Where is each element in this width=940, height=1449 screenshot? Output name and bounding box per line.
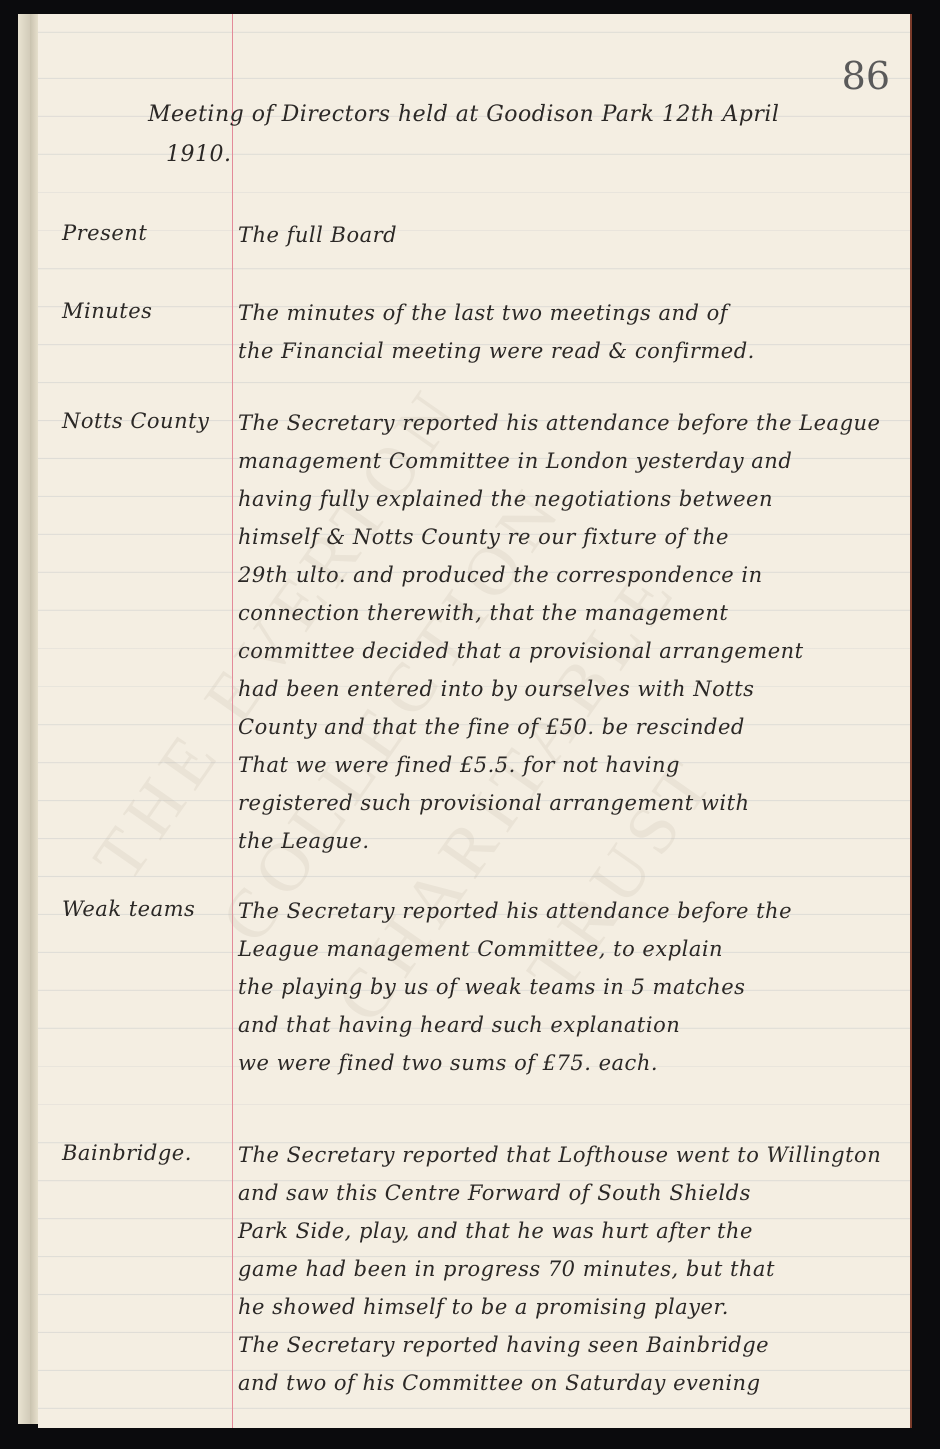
entry-line: the playing by us of weak teams in 5 mat… (238, 968, 908, 1006)
entry-line: and that having heard such explanation (238, 1006, 908, 1044)
entry-line: the Financial meeting were read & confir… (238, 332, 908, 370)
entry-line: and saw this Centre Forward of South Shi… (238, 1174, 908, 1212)
entry-line: 29th ulto. and produced the corresponden… (238, 556, 908, 594)
entry-line: himself & Notts County re our fixture of… (238, 518, 908, 556)
entry-line: registered such provisional arrangement … (238, 784, 908, 822)
entry-label-notts-county: Notts County (62, 409, 232, 433)
book-gutter-shadow (30, 14, 38, 1424)
red-margin-line (232, 14, 233, 1428)
entry-line: we were fined two sums of £75. each. (238, 1044, 908, 1082)
entry-line: management Committee in London yesterday… (238, 442, 908, 480)
entry-body-bainbridge: The Secretary reported that Lofthouse we… (238, 1136, 908, 1402)
entry-line: committee decided that a provisional arr… (238, 632, 908, 670)
entry-label-present: Present (62, 221, 232, 245)
entry-line: and two of his Committee on Saturday eve… (238, 1364, 908, 1402)
entry-label-bainbridge: Bainbridge. (62, 1141, 232, 1165)
entry-line: he showed himself to be a promising play… (238, 1288, 908, 1326)
entry-line: The Secretary reported his attendance be… (238, 404, 908, 442)
meeting-heading-line2: 1910. (166, 142, 231, 167)
entry-line: connection therewith, that the managemen… (238, 594, 908, 632)
entry-line: had been entered into by ourselves with … (238, 670, 908, 708)
entry-line: game had been in progress 70 minutes, bu… (238, 1250, 908, 1288)
entry-line: the League. (238, 822, 908, 860)
entry-line: That we were fined £5.5. for not having (238, 746, 908, 784)
meeting-heading-line1: Meeting of Directors held at Goodison Pa… (148, 102, 779, 127)
entry-line: County and that the fine of £50. be resc… (238, 708, 908, 746)
entry-line: The Secretary reported that Lofthouse we… (238, 1136, 908, 1174)
entry-body-weak-teams: The Secretary reported his attendance be… (238, 892, 908, 1082)
ledger-page: THE EVERTON COLLECTION CHARITABLE TRUST … (38, 14, 912, 1428)
entry-body-minutes: The minutes of the last two meetings and… (238, 294, 908, 370)
entry-label-weak-teams: Weak teams (62, 897, 232, 921)
entry-line: The Secretary reported his attendance be… (238, 892, 908, 930)
entry-line: The minutes of the last two meetings and… (238, 294, 908, 332)
entry-line: League management Committee, to explain (238, 930, 908, 968)
entry-line: The full Board (238, 216, 908, 254)
entry-line: The Secretary reported having seen Bainb… (238, 1326, 908, 1364)
entry-line: Park Side, play, and that he was hurt af… (238, 1212, 908, 1250)
entry-line: having fully explained the negotiations … (238, 480, 908, 518)
entry-body-present: The full Board (238, 216, 908, 254)
page-number: 86 (842, 54, 890, 98)
entry-label-minutes: Minutes (62, 299, 232, 323)
entry-body-notts-county: The Secretary reported his attendance be… (238, 404, 908, 860)
